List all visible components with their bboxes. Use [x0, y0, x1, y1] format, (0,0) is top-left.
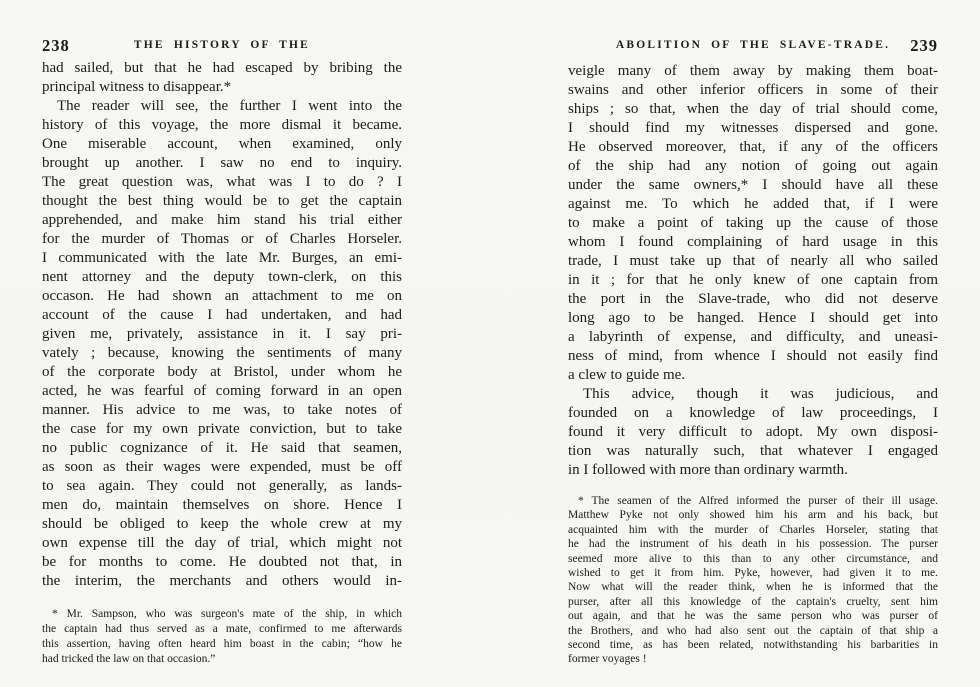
text-line: nent attorney and the deputy town-clerk,…: [42, 268, 402, 287]
text-line: seemed more alive to this than to any ot…: [568, 552, 938, 566]
text-line: The reader will see, the further I went …: [42, 97, 402, 116]
text-line: Matthew Pyke not only showed him his arm…: [568, 508, 938, 522]
text-line: own expense till the day of trial, which…: [42, 534, 402, 553]
text-line: of the ship had any notion of going out …: [568, 157, 938, 176]
text-line: account of the cause I had undertaken, a…: [42, 306, 402, 325]
text-line: veigle many of them away by making them …: [568, 62, 938, 81]
running-header-left: 238 THE HISTORY OF THE: [42, 36, 402, 53]
footnote-left: * Mr. Sampson, who was surgeon's mate of…: [42, 607, 402, 667]
running-header-right: ABOLITION OF THE SLAVE-TRADE. 239: [568, 36, 938, 53]
text-line: principal witness to disappear.*: [42, 78, 402, 97]
text-line: ships ; so that, when the day of trial s…: [568, 100, 938, 119]
running-title-right: ABOLITION OF THE SLAVE-TRADE.: [568, 39, 938, 51]
text-line: be for months to come. He doubted not th…: [42, 553, 402, 572]
text-line: purser, after all this knowledge of the …: [568, 595, 938, 609]
text-line: * Mr. Sampson, who was surgeon's mate of…: [42, 607, 402, 622]
text-line: apprehended, and make him stand his tria…: [42, 211, 402, 230]
text-line: a clew to guide me.: [568, 366, 938, 385]
text-line: This advice, though it was judicious, an…: [568, 385, 938, 404]
page-left: 238 THE HISTORY OF THE had sailed, but t…: [42, 36, 402, 667]
text-line: in I followed with more than ordinary wa…: [568, 461, 938, 480]
text-line: acted, he was fearful of coming forward …: [42, 382, 402, 401]
text-line: thought the best thing would be to get t…: [42, 192, 402, 211]
text-line: given me, privately, assistance in it. I…: [42, 325, 402, 344]
text-line: ness of mind, from whence I should not e…: [568, 347, 938, 366]
text-line: founded on a knowledge of law proceeding…: [568, 404, 938, 423]
text-line: tion was naturally such, that whatever I…: [568, 442, 938, 461]
text-line: men do, maintain themselves on shore. He…: [42, 496, 402, 515]
text-line: of the corporate body at Bristol, under …: [42, 363, 402, 382]
text-line: for the murder of Thomas or of Charles H…: [42, 230, 402, 249]
text-line: the captain had thus served as a mate, c…: [42, 622, 402, 637]
text-line: no public cognizance of it. He said that…: [42, 439, 402, 458]
text-line: had tricked the law on that occasion.”: [42, 652, 402, 667]
text-line: to make a point of taking up the cause o…: [568, 214, 938, 233]
text-line: the case for my own private conviction, …: [42, 420, 402, 439]
text-line: acquainted him with the murder of Charle…: [568, 523, 938, 537]
text-line: wished to get it from him. Pyke, however…: [568, 566, 938, 580]
text-line: should be obliged to keep the whole crew…: [42, 515, 402, 534]
text-line: history of this voyage, the more dismal …: [42, 116, 402, 135]
text-line: out again, and that he was the same pers…: [568, 609, 938, 623]
text-line: Now what will the reader think, when he …: [568, 580, 938, 594]
text-line: a labyrinth of expense, and difficulty, …: [568, 328, 938, 347]
text-line: vately ; because, knowing the sentiments…: [42, 344, 402, 363]
text-line: The great question was, what was I to do…: [42, 173, 402, 192]
text-line: whom I found complaining of hard usage i…: [568, 233, 938, 252]
text-line: I communicated with the late Mr. Burges,…: [42, 249, 402, 268]
text-line: this assertion, having often heard him b…: [42, 637, 402, 652]
text-line: second time, as has been related, notwit…: [568, 638, 938, 652]
page-right: ABOLITION OF THE SLAVE-TRADE. 239 veigle…: [568, 36, 938, 667]
text-line: former voyages !: [568, 652, 938, 666]
text-line: under the same owners,* I should have al…: [568, 176, 938, 195]
text-line: One miserable account, when examined, on…: [42, 135, 402, 154]
book-scan: 238 THE HISTORY OF THE had sailed, but t…: [0, 0, 980, 687]
text-line: the port in the Slave-trade, who did not…: [568, 290, 938, 309]
text-line: He observed moreover, that, if any of th…: [568, 138, 938, 157]
footnote-right: * The seamen of the Alfred informed the …: [568, 494, 938, 667]
text-line: long ago to be hanged. Hence I should ge…: [568, 309, 938, 328]
text-line: he had the instrument of his death in hi…: [568, 537, 938, 551]
text-line: I should find my witnesses dispersed and…: [568, 119, 938, 138]
text-line: trade, I must take up that of nearly all…: [568, 252, 938, 271]
text-line: against me. To which he added that, if I…: [568, 195, 938, 214]
text-line: the interim, the merchants and others wo…: [42, 572, 402, 591]
text-line: swains and other inferior officers in so…: [568, 81, 938, 100]
text-line: as soon as their wages were expended, mu…: [42, 458, 402, 477]
text-line: to sea again. They could not generally, …: [42, 477, 402, 496]
text-line: had sailed, but that he had escaped by b…: [42, 59, 402, 78]
text-line: in it ; for that he only knew of one cap…: [568, 271, 938, 290]
text-line: found it very difficult to adopt. My own…: [568, 423, 938, 442]
text-line: brought up another. I saw no end to inqu…: [42, 154, 402, 173]
text-line: manner. His advice to me was, to take no…: [42, 401, 402, 420]
text-line: * The seamen of the Alfred informed the …: [568, 494, 938, 508]
text-line: the Brothers, and who had also sent out …: [568, 624, 938, 638]
running-title-left: THE HISTORY OF THE: [42, 39, 402, 51]
page-body-left: had sailed, but that he had escaped by b…: [42, 59, 402, 591]
page-number-right: 239: [910, 36, 938, 56]
page-body-right: veigle many of them away by making them …: [568, 62, 938, 480]
text-line: occason. He had shown an attachment to m…: [42, 287, 402, 306]
